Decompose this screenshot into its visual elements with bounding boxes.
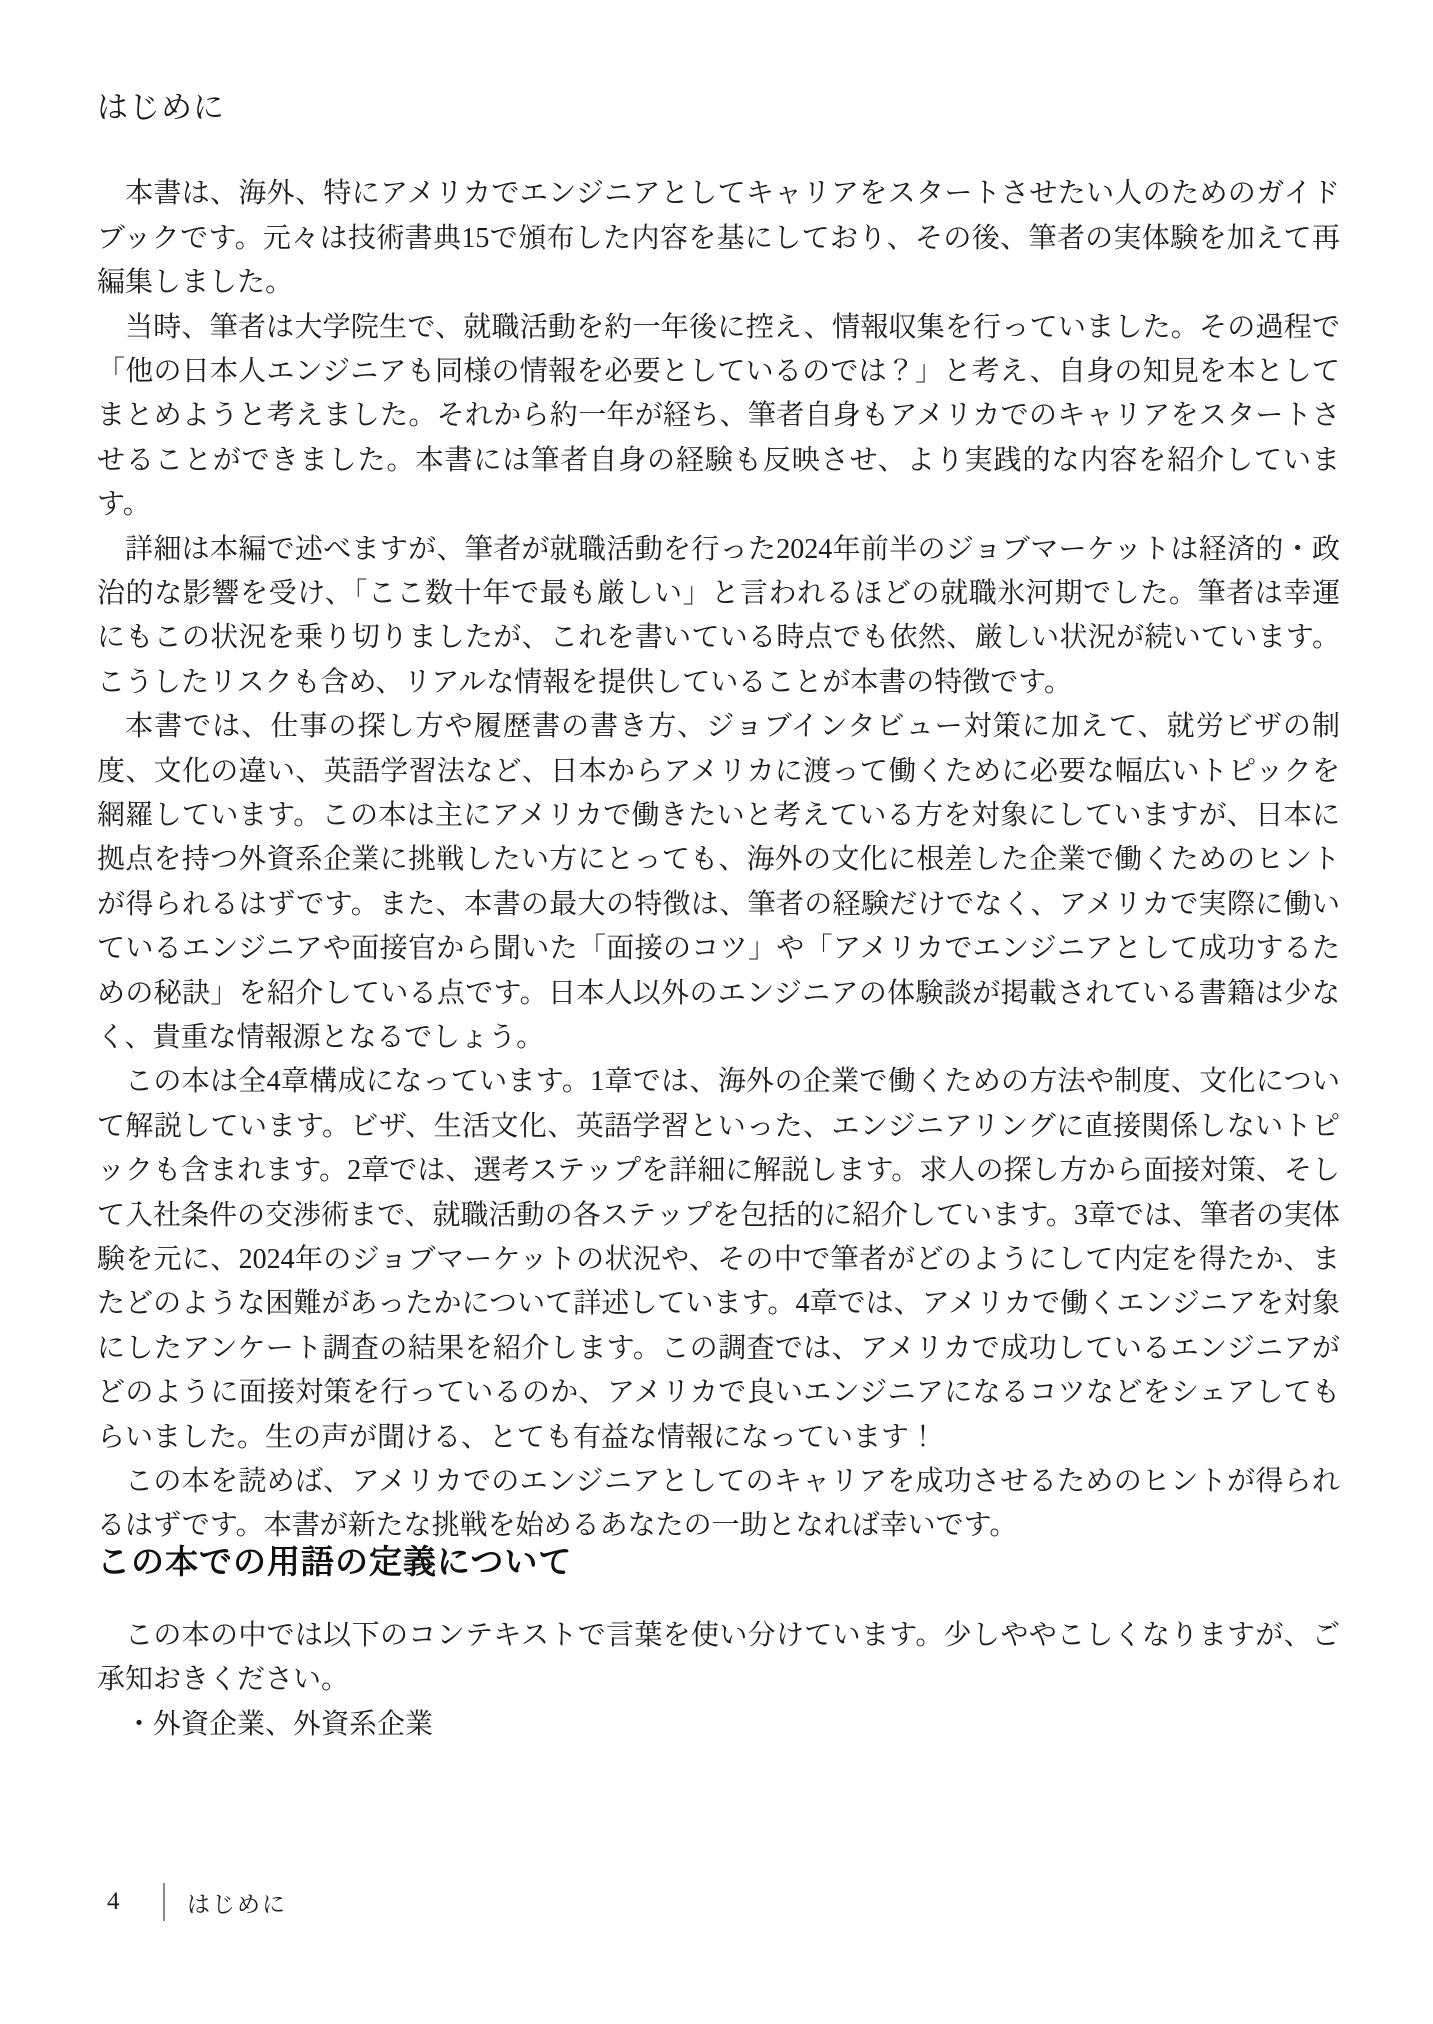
paragraph: 本書では、仕事の探し方や履歴書の書き方、ジョブインタビュー対策に加えて、就労ビザ… (97, 705, 1340, 1060)
terminology-bullet-item: ・外資企業、外資系企業 (97, 1703, 1340, 1747)
footer-section-label: はじめに (187, 1886, 287, 1919)
terminology-paragraph: この本の中では以下のコンテキストで言葉を使い分けています。少しややこしくなります… (97, 1614, 1340, 1703)
paragraph: この本を読めば、アメリカでのエンジニアとしてのキャリアを成功させるためのヒントが… (97, 1460, 1340, 1549)
page-title: はじめに (97, 88, 1340, 128)
paragraph: 当時、筆者は大学院生で、就職活動を約一年後に控え、情報収集を行っていました。その… (97, 306, 1340, 528)
preface-body: 本書は、海外、特にアメリカでエンジニアとしてキャリアをスタートさせたい人のための… (97, 172, 1340, 1549)
page-footer: 4 はじめに (97, 1882, 287, 1922)
page-number: 4 (97, 1888, 151, 1916)
book-page: はじめに 本書は、海外、特にアメリカでエンジニアとしてキャリアをスタートさせたい… (0, 0, 1433, 2024)
terminology-section: この本での用語の定義について この本の中では以下のコンテキストで言葉を使い分けて… (97, 1541, 1340, 1747)
paragraph: 本書は、海外、特にアメリカでエンジニアとしてキャリアをスタートさせたい人のための… (97, 172, 1340, 305)
paragraph: 詳細は本編で述べますが、筆者が就職活動を行った2024年前半のジョブマーケットは… (97, 528, 1340, 706)
paragraph: この本は全4章構成になっています。1章では、海外の企業で働くための方法や制度、文… (97, 1060, 1340, 1460)
preface-section: はじめに 本書は、海外、特にアメリカでエンジニアとしてキャリアをスタートさせたい… (97, 88, 1340, 1549)
terminology-heading: この本での用語の定義について (97, 1541, 1340, 1584)
footer-divider (163, 1883, 165, 1921)
